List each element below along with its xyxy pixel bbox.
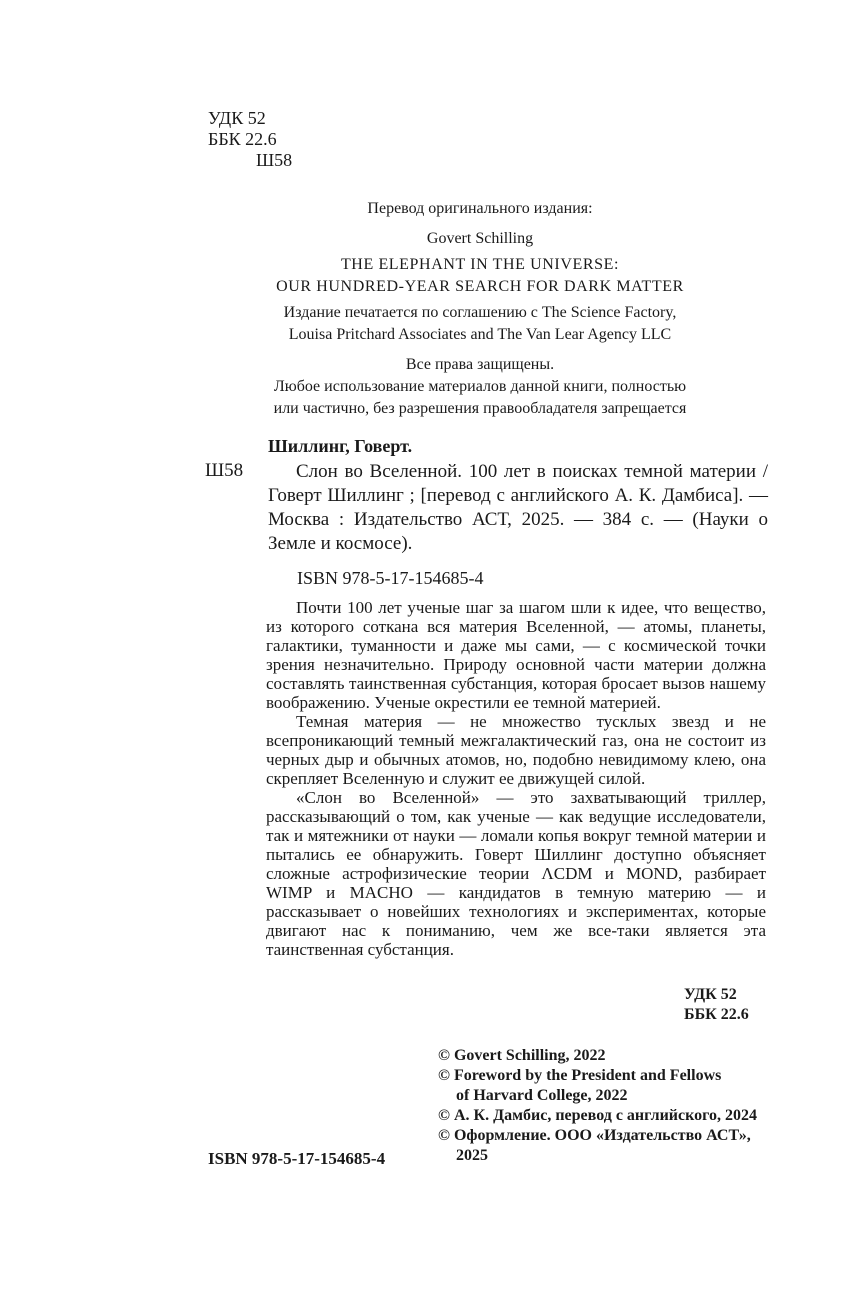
copyright-line-continued: of Harvard College, 2022	[438, 1086, 757, 1106]
agreement-notice: Издание печатается по соглашению с The S…	[240, 302, 720, 346]
record-isbn: ISBN 978-5-17-154685-4	[297, 568, 484, 589]
rights-line: Любое использование материалов данной кн…	[240, 376, 720, 398]
copyright-line: © А. К. Дамбис, перевод с английского, 2…	[438, 1106, 757, 1126]
original-edition-label: Перевод оригинального издания:	[240, 198, 720, 220]
rights-line: или частично, без разрешения правооблада…	[240, 398, 720, 420]
copyright-line-continued: 2025	[438, 1146, 757, 1166]
udk-code: УДК 52	[684, 985, 749, 1005]
bbk-code: ББК 22.6	[208, 129, 292, 150]
annotation-paragraph: Темная материя — не множество тусклых зв…	[266, 712, 766, 788]
agreement-line: Издание печатается по соглашению с The S…	[240, 302, 720, 324]
original-author: Govert Schilling	[240, 228, 720, 250]
author-heading: Шиллинг, Говерт.	[268, 436, 412, 457]
record-description: Слон во Вселенной. 100 лет в поисках тем…	[268, 460, 768, 556]
classification-codes-bottom: УДК 52 ББК 22.6	[684, 985, 749, 1025]
record-code: Ш58	[205, 460, 243, 482]
rights-heading: Все права защищены.	[240, 354, 720, 376]
agreement-line: Louisa Pritchard Associates and The Van …	[240, 324, 720, 346]
original-edition-block: Перевод оригинального издания: Govert Sc…	[240, 198, 720, 420]
copyright-line: © Foreword by the President and Fellows	[438, 1066, 757, 1086]
bbk-code: ББК 22.6	[684, 1005, 749, 1025]
copyright-notices: © Govert Schilling, 2022 © Foreword by t…	[438, 1046, 757, 1166]
original-title-line: OUR HUNDRED-YEAR SEARCH FOR DARK MATTER	[240, 276, 720, 298]
original-title-line: THE ELEPHANT IN THE UNIVERSE:	[240, 254, 720, 276]
annotation: Почти 100 лет ученые шаг за шагом шли к …	[266, 598, 766, 959]
isbn-footer: ISBN 978-5-17-154685-4	[208, 1149, 385, 1169]
annotation-paragraph: «Слон во Вселенной» — это захватывающий …	[266, 788, 766, 959]
original-title: THE ELEPHANT IN THE UNIVERSE: OUR HUNDRE…	[240, 254, 720, 298]
classification-codes-top: УДК 52 ББК 22.6 Ш58	[208, 108, 292, 171]
author-mark: Ш58	[208, 150, 292, 171]
annotation-paragraph: Почти 100 лет ученые шаг за шагом шли к …	[266, 598, 766, 712]
copyright-line: © Оформление. ООО «Издательство АСТ»,	[438, 1126, 757, 1146]
copyright-line: © Govert Schilling, 2022	[438, 1046, 757, 1066]
udk-code: УДК 52	[208, 108, 292, 129]
rights-notice: Все права защищены. Любое использование …	[240, 354, 720, 420]
